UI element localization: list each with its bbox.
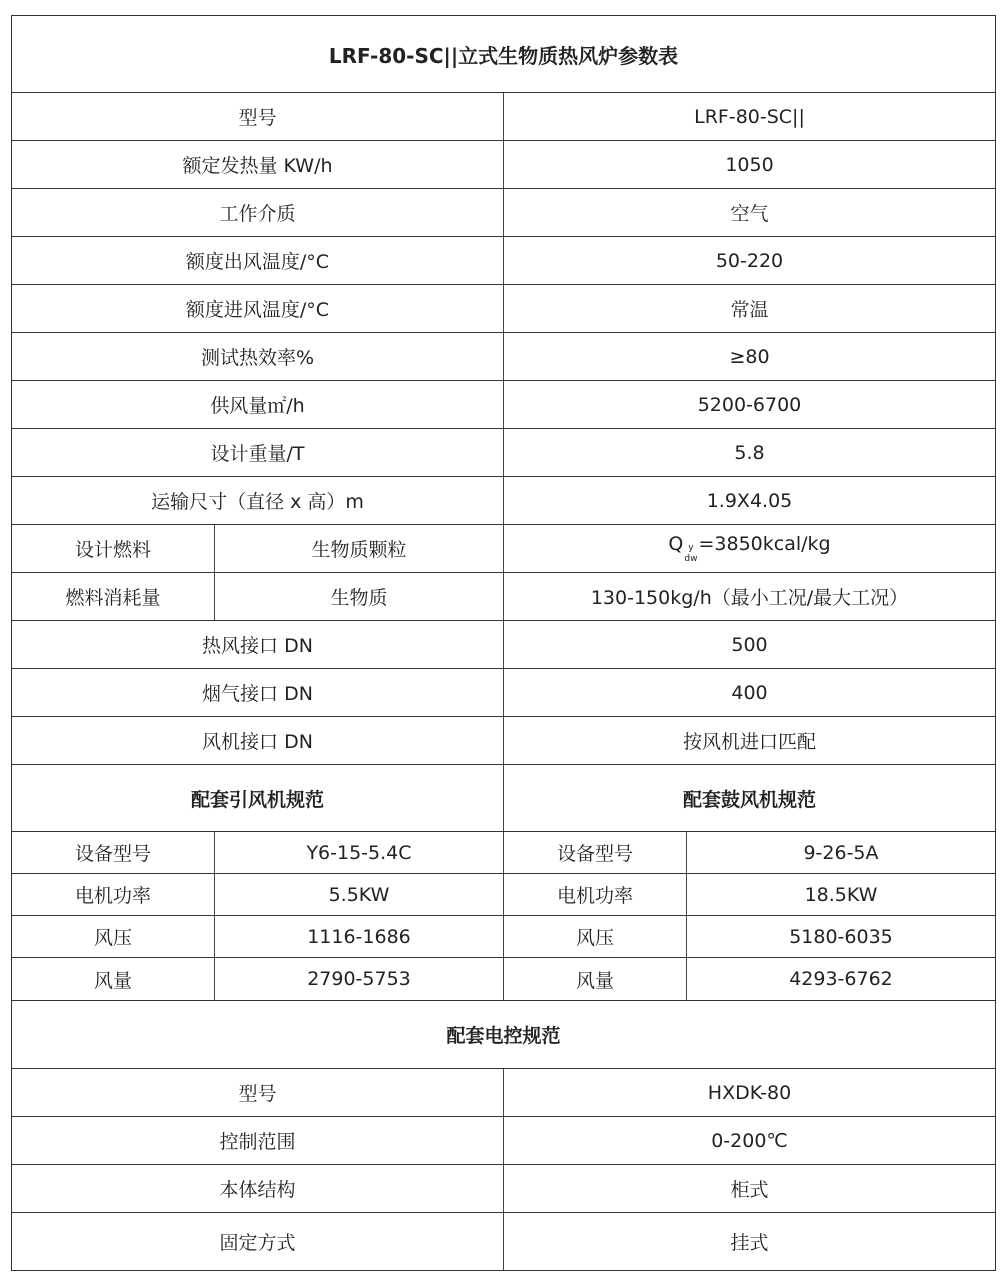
fan-label: 设备型号 xyxy=(12,832,214,873)
fan-row: 风量 2790-5753 风量 4293-6762 xyxy=(12,957,995,1000)
fuel-type: 生物质 xyxy=(214,573,503,620)
table-row: 型号 HXDK-80 xyxy=(12,1068,995,1116)
heat-value-text: =3850kcal/kg xyxy=(698,533,830,555)
fan-value: 18.5KW xyxy=(686,874,995,915)
fan-row: 风压 1116-1686 风压 5180-6035 xyxy=(12,915,995,957)
port-value: 400 xyxy=(503,669,995,716)
param-value: 1.9X4.05 xyxy=(503,477,995,524)
fuel-type: 生物质颗粒 xyxy=(214,525,503,572)
param-value: 1050 xyxy=(503,141,995,188)
port-label: 风机接口 DN xyxy=(12,717,503,764)
table-row: 烟气接口 DN 400 xyxy=(12,668,995,716)
control-label: 型号 xyxy=(12,1069,503,1116)
fan-row: 电机功率 5.5KW 电机功率 18.5KW xyxy=(12,873,995,915)
control-label: 固定方式 xyxy=(12,1213,503,1270)
control-value: 柜式 xyxy=(503,1165,995,1212)
fuel-label: 燃料消耗量 xyxy=(12,573,214,620)
table-row: 额度进风温度/°C 常温 xyxy=(12,284,995,332)
fan-label: 风量 xyxy=(503,958,686,1000)
param-value: 5200-6700 xyxy=(503,381,995,428)
fan-value: 9-26-5A xyxy=(686,832,995,873)
table-row: 风机接口 DN 按风机进口匹配 xyxy=(12,716,995,764)
fan-row: 设备型号 Y6-15-5.4C 设备型号 9-26-5A xyxy=(12,831,995,873)
control-title: 配套电控规范 xyxy=(12,1001,995,1068)
control-section-header: 配套电控规范 xyxy=(12,1000,995,1068)
control-label: 本体结构 xyxy=(12,1165,503,1212)
fan-value: Y6-15-5.4C xyxy=(214,832,503,873)
table-row: 额度出风温度/°C 50-220 xyxy=(12,236,995,284)
param-value: 空气 xyxy=(503,189,995,236)
table-row-design-fuel: 设计燃料 生物质颗粒 Qydw=3850kcal/kg xyxy=(12,524,995,572)
q-symbol: Q xyxy=(668,533,683,555)
fan-value: 5180-6035 xyxy=(686,916,995,957)
port-label: 烟气接口 DN xyxy=(12,669,503,716)
table-row: 运输尺寸（直径 x 高）m 1.9X4.05 xyxy=(12,476,995,524)
table-row-fuel-consumption: 燃料消耗量 生物质 130-150kg/h（最小工况/最大工况） xyxy=(12,572,995,620)
table-row: 设计重量/T 5.8 xyxy=(12,428,995,476)
table-row: 控制范围 0-200℃ xyxy=(12,1116,995,1164)
param-value: LRF-80-SC|| xyxy=(503,93,995,140)
table-row: 额定发热量 KW/h 1050 xyxy=(12,140,995,188)
table-row: 本体结构 柜式 xyxy=(12,1164,995,1212)
fan-section-header: 配套引风机规范 配套鼓风机规范 xyxy=(12,764,995,831)
fan-label: 风压 xyxy=(12,916,214,957)
fuel-label: 设计燃料 xyxy=(12,525,214,572)
param-label: 运输尺寸（直径 x 高）m xyxy=(12,477,503,524)
table-row: 固定方式 挂式 xyxy=(12,1212,995,1270)
fan-value: 5.5KW xyxy=(214,874,503,915)
fuel-heat-value: Qydw=3850kcal/kg xyxy=(503,525,995,572)
table-row: 供风量㎡/h 5200-6700 xyxy=(12,380,995,428)
param-label: 额定发热量 KW/h xyxy=(12,141,503,188)
blower-fan-title: 配套鼓风机规范 xyxy=(503,765,995,831)
parameter-table: LRF-80-SC||立式生物质热风炉参数表 型号 LRF-80-SC|| 额定… xyxy=(11,15,996,1271)
fan-value: 1116-1686 xyxy=(214,916,503,957)
fan-label: 风压 xyxy=(503,916,686,957)
param-value: 常温 xyxy=(503,285,995,332)
port-label: 热风接口 DN xyxy=(12,621,503,668)
table-title: LRF-80-SC||立式生物质热风炉参数表 xyxy=(12,16,995,92)
fan-value: 2790-5753 xyxy=(214,958,503,1000)
fuel-consumption-value: 130-150kg/h（最小工况/最大工况） xyxy=(503,573,995,620)
table-row: 型号 LRF-80-SC|| xyxy=(12,92,995,140)
param-value: 5.8 xyxy=(503,429,995,476)
induced-fan-title: 配套引风机规范 xyxy=(12,765,503,831)
table-row: 工作介质 空气 xyxy=(12,188,995,236)
sup-y: y xyxy=(684,544,697,553)
fan-label: 设备型号 xyxy=(503,832,686,873)
control-value: HXDK-80 xyxy=(503,1069,995,1116)
param-label: 设计重量/T xyxy=(12,429,503,476)
param-label: 型号 xyxy=(12,93,503,140)
sub-dw: dw xyxy=(684,555,697,564)
param-value: ≥80 xyxy=(503,333,995,380)
fan-label: 电机功率 xyxy=(12,874,214,915)
param-label: 供风量㎡/h xyxy=(12,381,503,428)
control-value: 挂式 xyxy=(503,1213,995,1270)
port-value: 500 xyxy=(503,621,995,668)
param-label: 测试热效率% xyxy=(12,333,503,380)
fan-value: 4293-6762 xyxy=(686,958,995,1000)
control-label: 控制范围 xyxy=(12,1117,503,1164)
fan-label: 风量 xyxy=(12,958,214,1000)
table-row: 热风接口 DN 500 xyxy=(12,620,995,668)
fan-label: 电机功率 xyxy=(503,874,686,915)
param-label: 额度出风温度/°C xyxy=(12,237,503,284)
table-row: 测试热效率% ≥80 xyxy=(12,332,995,380)
param-value: 50-220 xyxy=(503,237,995,284)
table-title-row: LRF-80-SC||立式生物质热风炉参数表 xyxy=(12,16,995,92)
param-label: 工作介质 xyxy=(12,189,503,236)
port-value: 按风机进口匹配 xyxy=(503,717,995,764)
control-value: 0-200℃ xyxy=(503,1117,995,1164)
param-label: 额度进风温度/°C xyxy=(12,285,503,332)
